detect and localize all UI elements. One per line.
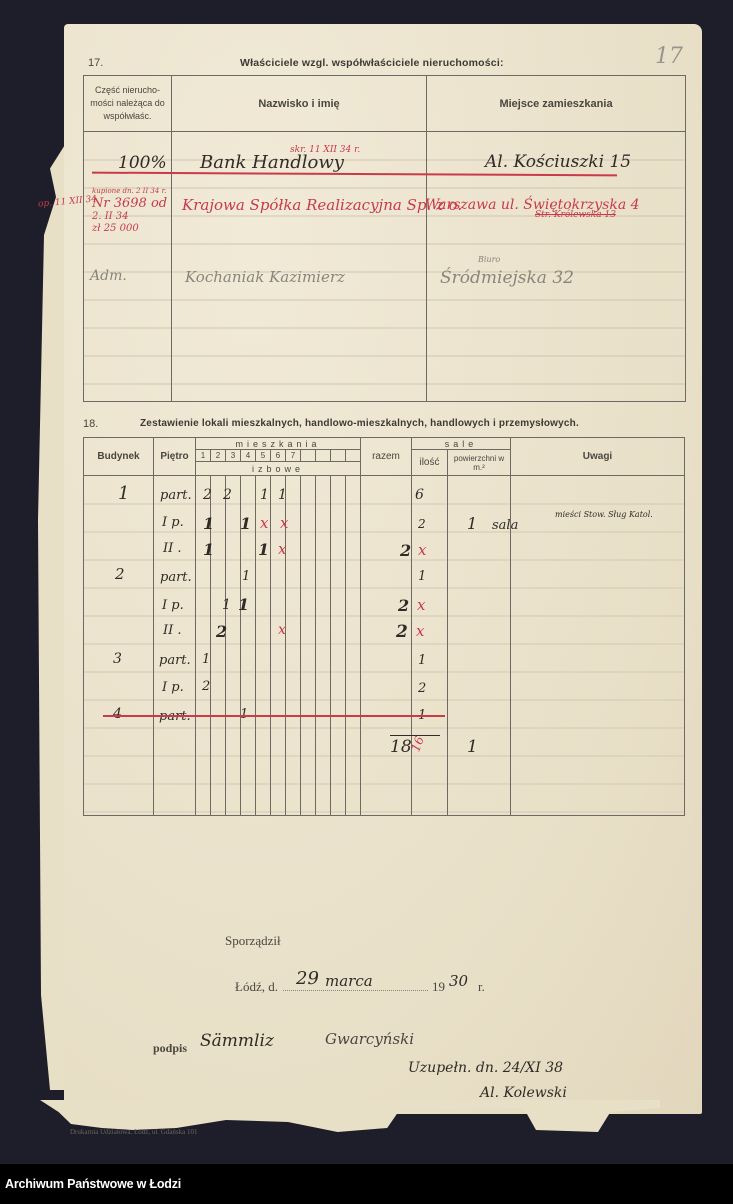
header-name: Nazwisko i imię <box>172 76 427 132</box>
total-column <box>361 476 412 816</box>
row-cell: 1 <box>242 569 250 584</box>
room-count-4: 4 <box>241 450 256 462</box>
row-floor: II . <box>163 541 182 556</box>
owner3-name: Kochaniak Kazimierz <box>185 268 345 286</box>
header-rooms: izbowe <box>196 462 361 476</box>
row-total: 2 <box>396 622 408 642</box>
header-building: Budynek <box>84 438 154 476</box>
owner3-residence-note: Biuro <box>478 255 500 264</box>
row-total: 2 <box>418 681 426 696</box>
place-date-prefix: Łódź, d. <box>235 979 278 995</box>
room-count-6: 6 <box>271 450 286 462</box>
room-count-blank <box>346 450 361 462</box>
owner2-name: Krajowa Spółka Realizacyjna Sp. z o. <box>182 196 462 214</box>
row-cell: 2 <box>203 487 212 503</box>
row-cell: 1 <box>278 487 287 503</box>
row-cell-crossed: x <box>278 540 286 558</box>
row-building: 1 <box>118 483 129 504</box>
row-building: 2 <box>115 565 125 583</box>
header-total: razem <box>361 438 412 476</box>
room-count-blank <box>316 450 331 462</box>
hall-count-column <box>412 476 448 816</box>
row-cell-crossed: x <box>278 622 286 638</box>
update-signature: Al. Kolewski <box>480 1085 567 1101</box>
row-cell: 2 <box>202 679 210 694</box>
row-total-crossed-mark: x <box>417 596 425 614</box>
header-apartments: mieszkania <box>196 438 361 450</box>
row-cell: 1 <box>203 514 214 533</box>
owner2-share-line: zł 25 000 <box>92 223 139 234</box>
rooms-col-8 <box>301 476 316 816</box>
row-total: 6 <box>415 487 424 503</box>
row-floor: part. <box>160 488 192 503</box>
archive-label: Archiwum Państwowe w Łodzi <box>5 1177 181 1191</box>
row-cell: 1 <box>238 595 249 614</box>
building-column <box>84 476 154 816</box>
room-count-3: 3 <box>226 450 241 462</box>
row-cell: 1 <box>202 652 210 667</box>
section-17-title: Właściciele wzgl. współwłaściciele nieru… <box>240 57 504 69</box>
row-cell-crossed: x <box>280 514 288 532</box>
row-floor: part. <box>159 709 191 724</box>
rooms-col-10 <box>331 476 346 816</box>
row-total: 1 <box>418 569 426 584</box>
row-floor: II . <box>163 623 182 638</box>
section-18-title: Zestawienie lokali mieszkalnych, handlow… <box>140 418 579 429</box>
residence-column <box>427 132 686 402</box>
row-cell-crossed: x <box>260 514 268 532</box>
row-floor: I p. <box>162 515 184 530</box>
row-total-crossed-mark: x <box>416 622 424 640</box>
row-cell: 2 <box>216 622 227 641</box>
row-total-crossed-mark: x <box>418 541 426 559</box>
update-note: Uzupełn. dn. 24/XI 38 <box>408 1060 563 1076</box>
row-floor: part. <box>159 653 191 668</box>
header-floor: Piętro <box>154 438 196 476</box>
owner2-residence-struck: Str. Królewska 13 <box>535 210 616 220</box>
row-cell: 1 <box>258 540 269 559</box>
rooms-col-3 <box>226 476 241 816</box>
row-hall-area: sala <box>492 518 518 533</box>
header-count: ilość <box>412 450 448 476</box>
row-cell: 1 <box>203 540 214 559</box>
section-18-number: 18. <box>83 418 98 430</box>
signature-2: Gwarcyński <box>325 1030 414 1048</box>
header-area: powierzchni w m.² <box>448 450 511 476</box>
row-cell: 1 <box>260 487 269 503</box>
row-floor: I p. <box>162 598 184 613</box>
page-number: 17 <box>655 44 683 69</box>
room-count-2: 2 <box>211 450 226 462</box>
row-floor: part. <box>160 570 192 585</box>
row-strikethrough <box>103 715 445 717</box>
date-month: marca <box>325 972 373 990</box>
rooms-col-11 <box>346 476 361 816</box>
owner3-share: Adm. <box>90 268 127 284</box>
date-year-end: r. <box>478 979 485 995</box>
signature-1: Sämmliz <box>200 1031 274 1051</box>
sum-halls: 1 <box>467 737 478 757</box>
date-line <box>283 990 428 991</box>
row-hall-count: 1 <box>467 514 477 533</box>
room-count-5: 5 <box>256 450 271 462</box>
date-year-prefix: 19 <box>432 979 445 995</box>
owner1-residence: Al. Kościuszki 15 <box>485 152 631 172</box>
owner2-purchase-note: kupione dn. 2 II 34 r. <box>92 187 166 195</box>
room-count-blank <box>331 450 346 462</box>
row-cell: 2 <box>223 487 232 503</box>
row-cell: 1 <box>222 597 231 613</box>
row-note: mieści Stow. Sług Katol. <box>555 510 653 519</box>
header-notes: Uwagi <box>511 438 685 476</box>
room-count-1: 1 <box>196 450 211 462</box>
printer-imprint: Drukarnia Udziałowa, Łódź, ul. Gdańska 1… <box>70 1128 198 1136</box>
row-building: 3 <box>113 651 122 667</box>
header-share: Część nierucho-mości należąca do współwł… <box>84 76 172 132</box>
row-total: 2 <box>418 517 426 531</box>
owner3-residence: Śródmiejska 32 <box>440 268 574 288</box>
room-count-blank <box>301 450 316 462</box>
signature-label: podpis <box>153 1041 187 1056</box>
rooms-col-9 <box>316 476 331 816</box>
row-building: 4 <box>113 706 122 722</box>
date-day: 29 <box>296 968 319 989</box>
row-cell: 1 <box>240 514 251 533</box>
date-year-suffix: 30 <box>449 972 468 990</box>
owner1-name: Bank Handlowy <box>200 152 344 173</box>
owners-table: Część nierucho-mości należąca do współwł… <box>83 75 686 402</box>
owner2-share-line: Nr 3698 od <box>92 196 167 211</box>
owner2-share-line: 2. II 34 <box>92 211 129 222</box>
section-17-number: 17. <box>88 57 103 69</box>
row-total: 2 <box>398 596 409 615</box>
header-halls: sale <box>412 438 511 450</box>
room-count-7: 7 <box>286 450 301 462</box>
owner1-share: 100% <box>118 153 167 173</box>
row-floor: I p. <box>162 680 184 695</box>
header-residence: Miejsce zamieszkania <box>427 76 686 132</box>
prepared-by-label: Sporządził <box>225 933 281 949</box>
row-total: 2 <box>400 541 411 560</box>
notes-column <box>511 476 685 816</box>
row-total: 1 <box>418 653 426 668</box>
